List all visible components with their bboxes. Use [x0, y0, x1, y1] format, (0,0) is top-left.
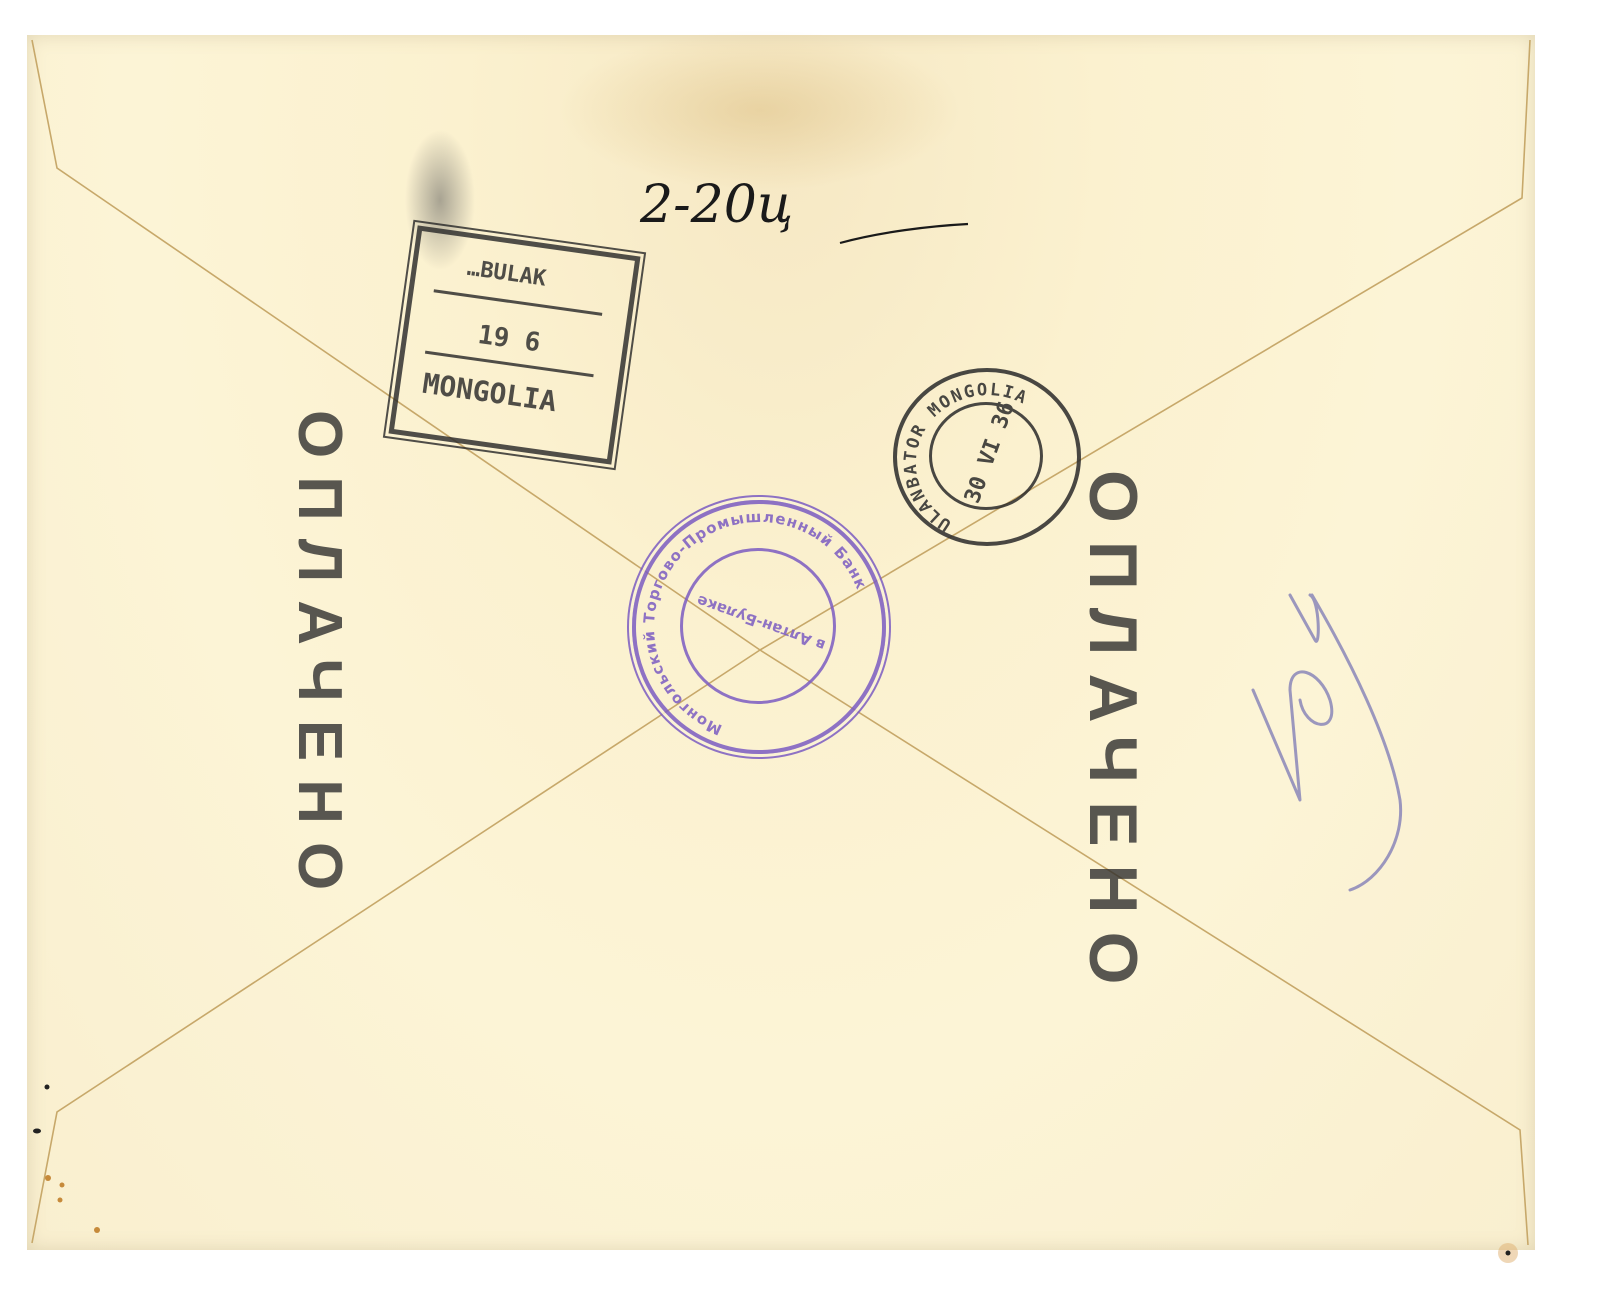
envelope-photo: 2-20ц …BULAK 19 6 MONGOLIA ULANBATOR MON… — [0, 0, 1600, 1306]
pencil-mark — [0, 0, 1600, 1306]
